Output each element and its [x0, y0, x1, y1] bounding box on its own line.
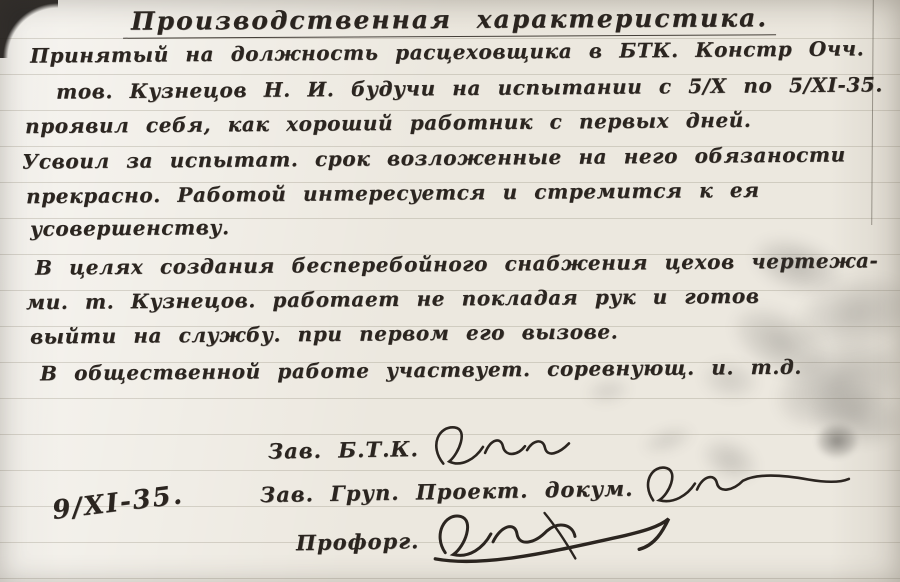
ink-smudge	[816, 424, 858, 458]
signature-flourish	[425, 505, 676, 571]
document-title: Производственная характеристика.	[0, 5, 900, 37]
signature-label: Зав. Б.Т.К.	[268, 436, 419, 464]
signature-label: Профорг.	[296, 528, 420, 555]
document-title-text: Производственная характеристика.	[123, 3, 776, 38]
body-line: выйти на службу. при первом его вызове.	[30, 319, 618, 348]
signature-label: Зав. Груп. Проект. докум.	[260, 475, 634, 507]
scanned-document-page: Производственная характеристика. Приняты…	[0, 0, 900, 582]
scan-corner-shadow	[0, 0, 58, 58]
body-line: усовершенству.	[30, 215, 230, 241]
signature-line: Профорг.	[295, 505, 675, 574]
